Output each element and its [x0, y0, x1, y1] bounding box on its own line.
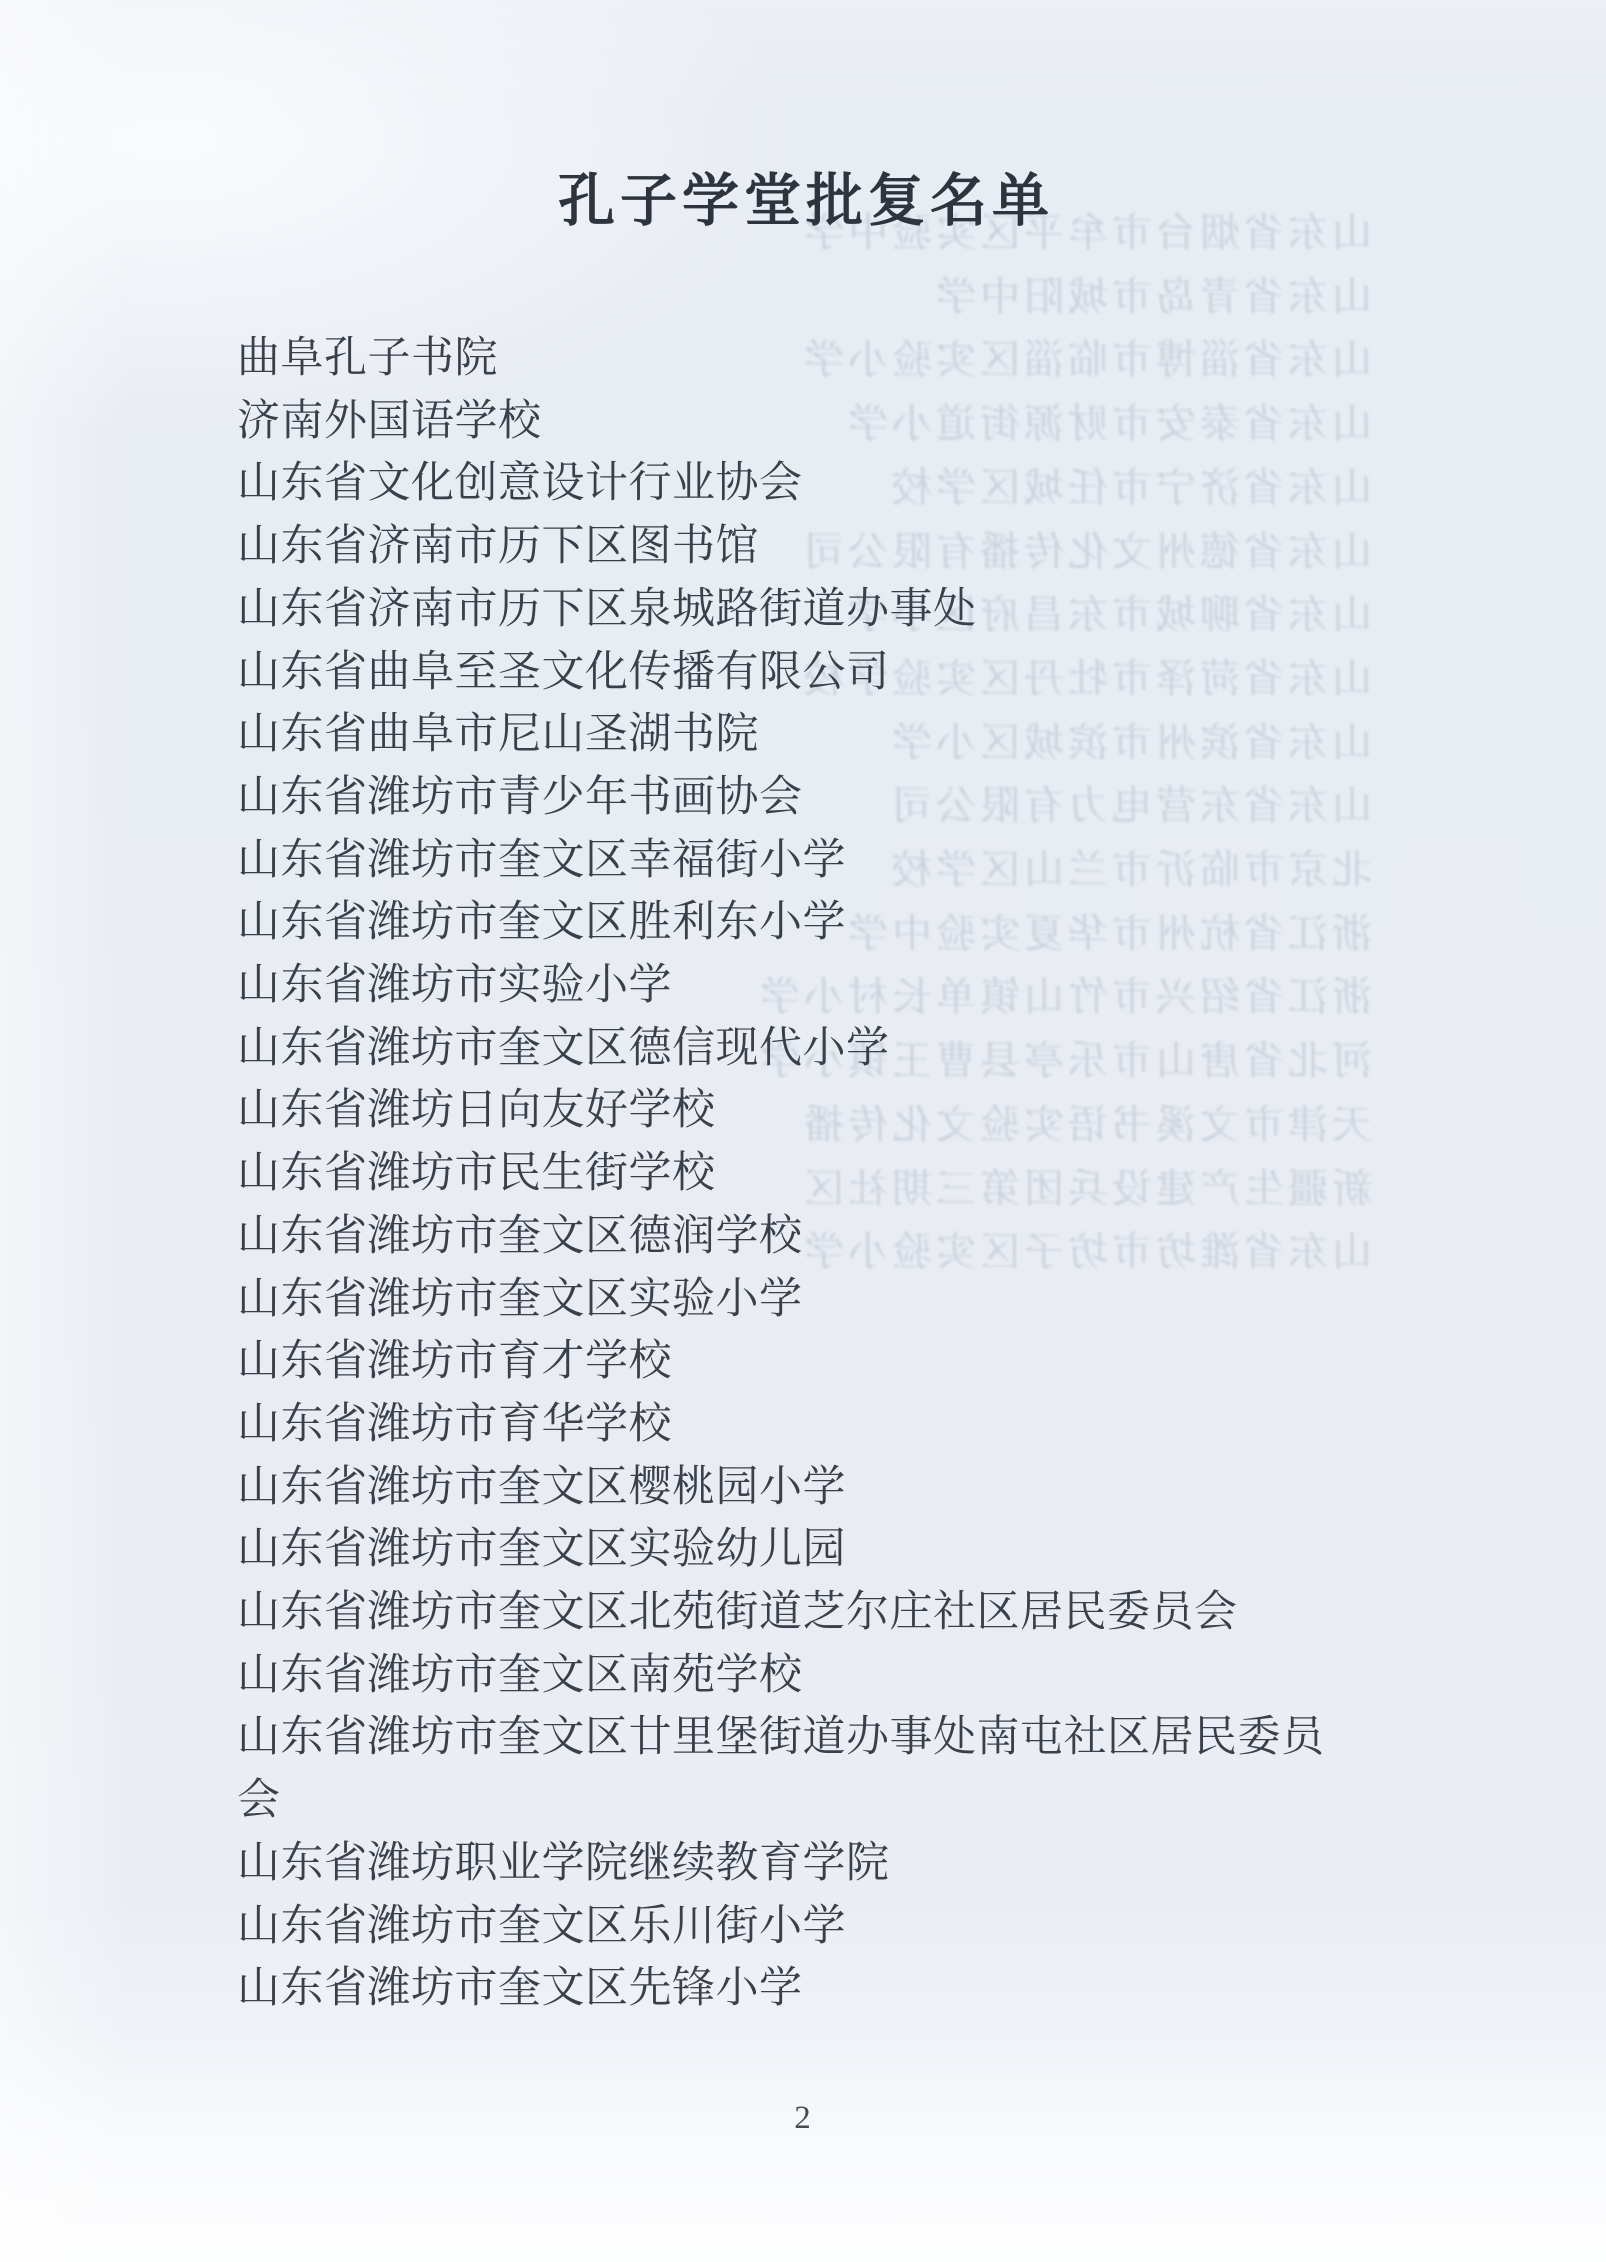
- page-number: 2: [0, 2100, 1606, 2137]
- approved-list-item: 山东省潍坊市奎文区北苑街道芝尔庄社区居民委员会: [237, 1582, 1337, 1645]
- approved-list-item: 山东省潍坊市奎文区德信现代小学: [237, 1018, 1337, 1081]
- approved-list-item: 山东省潍坊市青少年书画协会: [237, 767, 1337, 830]
- approved-list-item: 山东省潍坊市奎文区实验小学: [237, 1269, 1337, 1332]
- approved-list-item: 山东省潍坊职业学院继续教育学院: [237, 1833, 1337, 1896]
- page-title: 孔子学堂批复名单: [558, 172, 1054, 232]
- approved-list-item: 曲阜孔子书院: [237, 328, 1337, 391]
- approved-list-item: 山东省潍坊市奎文区幸福街小学: [237, 830, 1337, 893]
- approved-list-item: 山东省文化创意设计行业协会: [237, 453, 1337, 516]
- approved-list-item: 山东省潍坊市奎文区樱桃园小学: [237, 1457, 1337, 1520]
- approved-list-item: 山东省潍坊日向友好学校: [237, 1080, 1337, 1143]
- approved-list-item: 山东省潍坊市民生街学校: [237, 1143, 1337, 1206]
- approved-list: 曲阜孔子书院济南外国语学校山东省文化创意设计行业协会山东省济南市历下区图书馆山东…: [237, 328, 1337, 2021]
- scanned-document-page: 山东省烟台市牟平区实验中学山东省青岛市城阳中学山东省淄博市临淄区实验小学山东省泰…: [0, 0, 1606, 2262]
- approved-list-item: 山东省济南市历下区泉城路街道办事处: [237, 579, 1337, 642]
- approved-list-item: 山东省潍坊市奎文区实验幼儿园: [237, 1519, 1337, 1582]
- approved-list-item: 山东省潍坊市奎文区乐川街小学: [237, 1896, 1337, 1959]
- bleedthrough-line: 山东省青岛市城阳中学: [652, 265, 1372, 329]
- approved-list-item: 山东省潍坊市奎文区廿里堡街道办事处南屯社区居民委员会: [237, 1707, 1337, 1832]
- approved-list-item: 山东省潍坊市奎文区先锋小学: [237, 1958, 1337, 2021]
- approved-list-item: 山东省济南市历下区图书馆: [237, 516, 1337, 579]
- approved-list-item: 山东省潍坊市奎文区南苑学校: [237, 1645, 1337, 1708]
- approved-list-item: 山东省潍坊市育才学校: [237, 1331, 1337, 1394]
- approved-list-item: 山东省曲阜至圣文化传播有限公司: [237, 642, 1337, 705]
- approved-list-item: 山东省曲阜市尼山圣湖书院: [237, 704, 1337, 767]
- approved-list-item: 山东省潍坊市奎文区胜利东小学: [237, 892, 1337, 955]
- approved-list-item: 济南外国语学校: [237, 391, 1337, 454]
- approved-list-item: 山东省潍坊市实验小学: [237, 955, 1337, 1018]
- approved-list-item: 山东省潍坊市育华学校: [237, 1394, 1337, 1457]
- approved-list-item: 山东省潍坊市奎文区德润学校: [237, 1206, 1337, 1269]
